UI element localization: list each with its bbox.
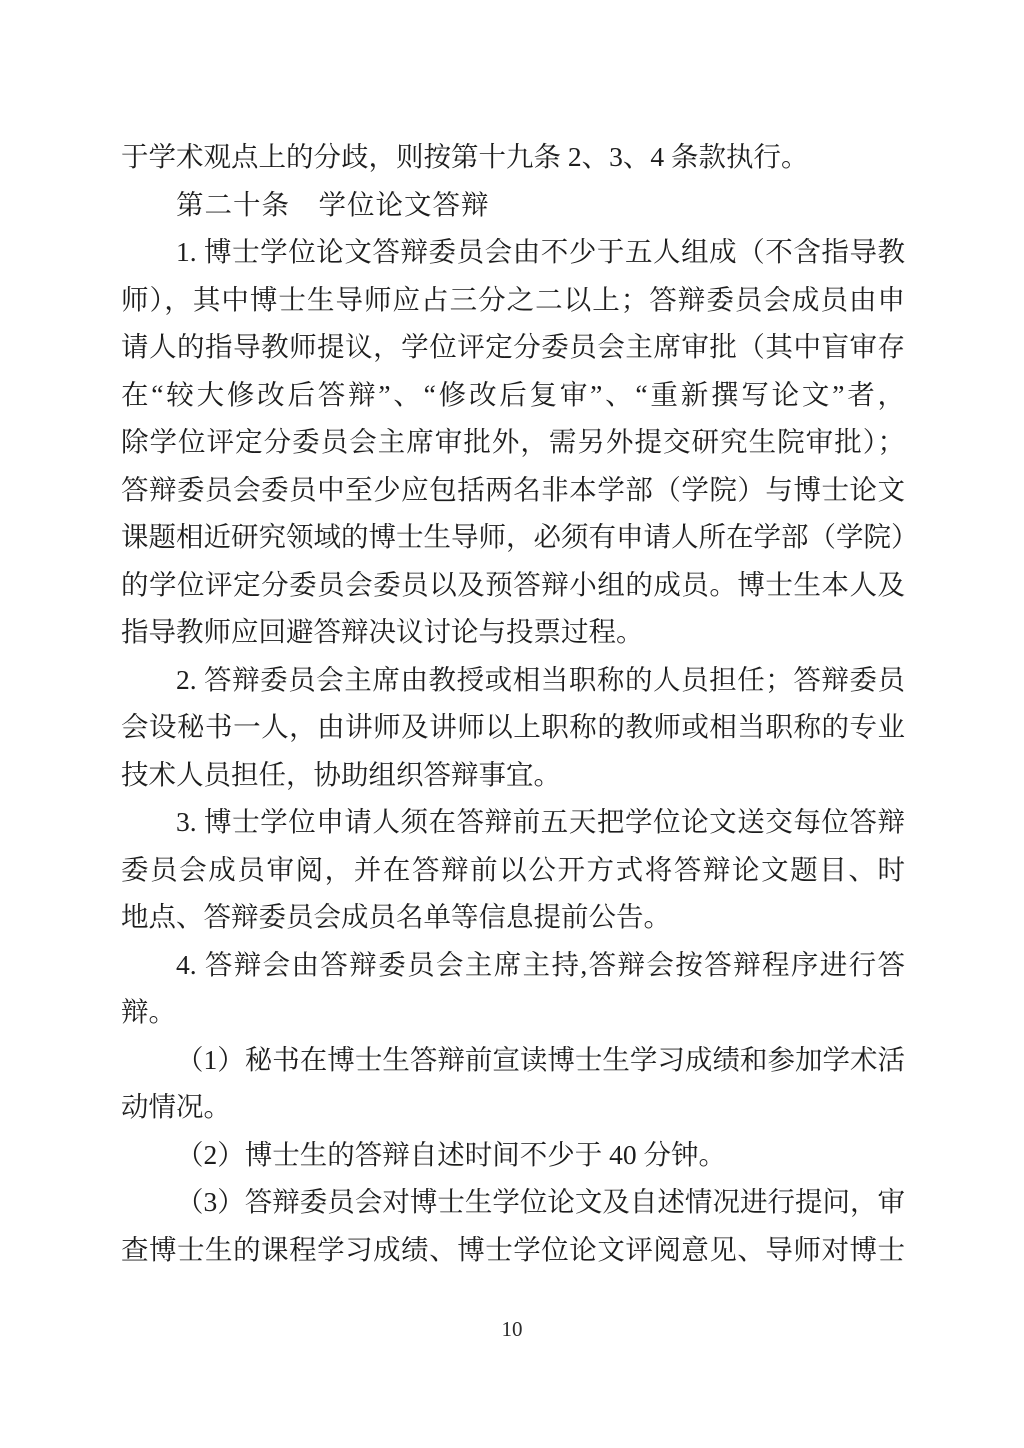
text-line: 于学术观点上的分歧，则按第十九条 2、3、4 条款执行。 [121,133,905,181]
text-line: 4. 答辩会由答辩委员会主席主持,答辩会按答辩程序进行答 [121,941,905,989]
text-line: （1）秘书在博士生答辩前宣读博士生学习成绩和参加学术活 [121,1036,905,1084]
text-line: 请人的指导教师提议，学位评定分委员会主席审批（其中盲审存 [121,323,905,371]
text-line: 技术人员担任，协助组织答辩事宜。 [121,751,905,799]
text-line: 课题相近研究领域的博士生导师，必须有申请人所在学部（学院） [121,513,905,561]
page-number: 10 [0,1314,1024,1344]
text-line: 师），其中博士生导师应占三分之二以上；答辩委员会成员由申 [121,276,905,324]
text-line: 地点、答辩委员会成员名单等信息提前公告。 [121,893,905,941]
text-line: 的学位评定分委员会委员以及预答辩小组的成员。博士生本人及 [121,561,905,609]
text-line: 辩。 [121,988,905,1036]
text-line: 2. 答辩委员会主席由教授或相当职称的人员担任；答辩委员 [121,656,905,704]
document-page: 于学术观点上的分歧，则按第十九条 2、3、4 条款执行。第二十条 学位论文答辩1… [0,0,1024,1448]
text-line: 查博士生的课程学习成绩、博士学位论文评阅意见、导师对博士 [121,1226,905,1274]
text-line: 在“较大修改后答辩”、“修改后复审”、“重新撰写论文”者， [121,371,905,419]
text-line: 会设秘书一人，由讲师及讲师以上职称的教师或相当职称的专业 [121,703,905,751]
text-line: 1. 博士学位论文答辩委员会由不少于五人组成（不含指导教 [121,228,905,276]
text-line: 动情况。 [121,1083,905,1131]
text-line: 委员会成员审阅，并在答辩前以公开方式将答辩论文题目、时间、 [121,846,905,894]
text-line: （2）博士生的答辩自述时间不少于 40 分钟。 [121,1131,905,1179]
text-line: 除学位评定分委员会主席审批外，需另外提交研究生院审批）； [121,418,905,466]
section-heading: 第二十条 学位论文答辩 [121,181,905,229]
text-line: 答辩委员会委员中至少应包括两名非本学部（学院）与博士论文 [121,466,905,514]
document-body: 于学术观点上的分歧，则按第十九条 2、3、4 条款执行。第二十条 学位论文答辩1… [121,133,905,1273]
text-line: 指导教师应回避答辩决议讨论与投票过程。 [121,608,905,656]
text-line: （3）答辩委员会对博士生学位论文及自述情况进行提问，审 [121,1178,905,1226]
text-line: 3. 博士学位申请人须在答辩前五天把学位论文送交每位答辩 [121,798,905,846]
